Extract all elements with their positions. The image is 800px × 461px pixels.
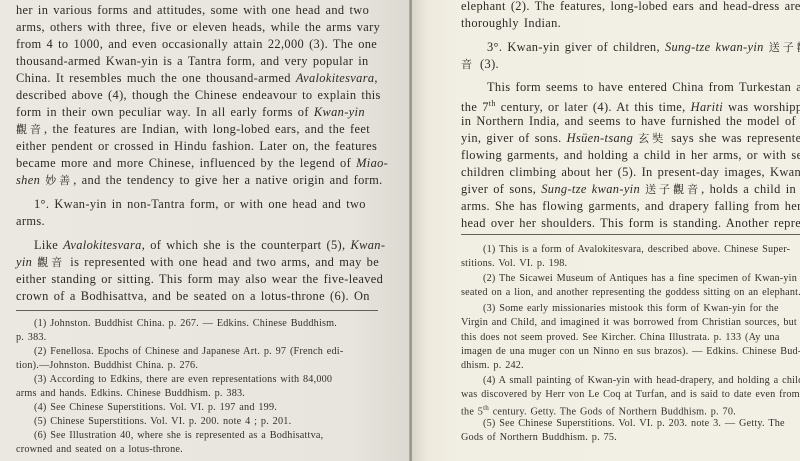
body-line: her in various forms and attitudes, some… [16, 2, 369, 18]
section-heading-cont: 音 (3). [461, 56, 499, 73]
body-line: elephant (2). The features, long-lobed e… [461, 0, 800, 14]
body-text: became more and more Chinese, influenced… [16, 156, 356, 170]
body-text: yin, giver of sons. [461, 131, 567, 145]
cjk-characters: 觀音 [37, 256, 65, 269]
body-text: form in their own peculiar way. In all e… [16, 105, 314, 119]
footnote-line: (4) A small painting of Kwan-yin with he… [483, 374, 800, 387]
body-text: Like [34, 238, 63, 252]
footnote-text: the 5 [461, 406, 483, 417]
body-text: , the features are Indian, with long-lob… [44, 122, 370, 136]
footnote-line: (6) See Illustration 40, where she is re… [34, 429, 323, 442]
body-line: 觀音, the features are Indian, with long-l… [16, 121, 370, 138]
footnote-line: p. 383. [16, 331, 46, 344]
heading-text: 3°. Kwan-yin giver of children, [487, 40, 665, 54]
body-line: form in their own peculiar way. In all e… [16, 104, 365, 120]
body-line: Like Avalokitesvara, of which she is the… [34, 237, 385, 253]
footnote-line: (4) See Chinese Superstitions. Vol. VI. … [34, 401, 277, 414]
footnote-line: the 5th century. Getty. The Gods of Nort… [461, 402, 736, 418]
cjk-characters: 玄奘 [638, 132, 666, 145]
right-page: elephant (2). The features, long-lobed e… [412, 0, 800, 461]
footnote-line: was discovered by Herr von Le Coq at Tur… [461, 388, 800, 401]
body-line: either standing or sitting. This form ma… [16, 271, 383, 287]
italic-term: shen [16, 173, 40, 187]
body-line: crown of a Bodhisattva, and be seated on… [16, 288, 370, 304]
section-heading: 1°. Kwan-yin in non-Tantra form, or with… [34, 196, 366, 212]
footnote-rule [461, 234, 800, 235]
footnote-line: (5) See Chinese Superstitions. Vol. VI. … [483, 417, 785, 430]
cjk-characters: 送子觀音 [645, 183, 701, 196]
superscript: th [489, 99, 496, 108]
footnote-line: this does not seem proved. See Kircher. … [461, 331, 780, 344]
body-line: head over her shoulders. This form is st… [461, 215, 800, 231]
body-line: yin, giver of sons. Hsüen-tsang 玄奘 says … [461, 130, 800, 147]
footnote-line: dhism. p. 242. [461, 359, 524, 372]
cjk-characters: 觀音 [16, 123, 44, 136]
footnote-line: (5) Chinese Superstitions. Vol. VI. p. 2… [34, 415, 291, 428]
cjk-characters: 音 [461, 58, 475, 71]
cjk-characters: 送子觀 [769, 41, 800, 54]
footnote-line: (2) Fenellosa. Epochs of Chinese and Jap… [34, 345, 343, 358]
body-text: , and the tendency to give her a native … [73, 173, 382, 187]
italic-term: Hsüen-tsang [567, 131, 634, 145]
body-line: flowing garments, and holding a child in… [461, 147, 800, 163]
body-text: says she was represented in [666, 131, 800, 145]
footnote-text: century. Getty. The Gods of Northern Bud… [489, 406, 736, 417]
italic-term: Avalokitesvara, [63, 238, 145, 252]
footnote-line: seated on a lion, and another representi… [461, 286, 800, 299]
footnote-line: imagen de una muger con un Ninno en sus … [461, 345, 800, 358]
body-text: , holds a child in her [701, 182, 800, 196]
footnote-line: crowned and seated on a lotus-throne. [16, 443, 183, 456]
body-text: of which she is the counterpart (5), [145, 238, 350, 252]
body-line: shen 妙善, and the tendency to give her a … [16, 172, 383, 189]
italic-term: Sung-tze kwan-yin [665, 40, 764, 54]
body-line: from 4 to 1000, and even occasionally at… [16, 36, 377, 52]
italic-term: Kwan-yin [314, 105, 365, 119]
footnote-line: (1) Johnston. Buddhist China. p. 267. — … [34, 317, 337, 330]
italic-term: Kwan- [351, 238, 386, 252]
body-line: thoroughly Indian. [461, 15, 561, 31]
body-line: giver of sons, Sung-tze kwan-yin 送子觀音, h… [461, 181, 800, 198]
section-heading-cont: arms. [16, 213, 45, 229]
body-text: China. It resembles much the one thousan… [16, 71, 296, 85]
body-text: giver of sons, [461, 182, 541, 196]
footnote-line: (1) This is a form of Avalokitesvara, de… [483, 243, 790, 256]
body-line: thousand-armed Kwan-yin is a Tantra form… [16, 53, 369, 69]
body-line: arms. She has flowing garments, and drap… [461, 198, 800, 214]
footnote-line: stitions. Vol. VI. p. 198. [461, 257, 567, 270]
heading-text: (3). [475, 57, 499, 71]
italic-term: yin [16, 255, 32, 269]
body-line: China. It resembles much the one thousan… [16, 70, 378, 86]
body-line: described above (4), though the Chinese … [16, 87, 381, 103]
footnote-line: (3) Some early missionaries mistook this… [483, 302, 779, 315]
footnote-line: (3) According to Edkins, there are even … [34, 373, 332, 386]
body-text: is represented with one head and two arm… [65, 255, 379, 269]
left-page: her in various forms and attitudes, some… [0, 0, 410, 461]
body-line: became more and more Chinese, influenced… [16, 155, 388, 171]
body-line: either pendent or crossed in Hindu fashi… [16, 138, 377, 154]
footnote-line: (2) The Sicawei Museum of Antiques has a… [483, 272, 797, 285]
footnote-rule [16, 310, 378, 311]
body-line: children climbing about her (5). In pres… [461, 164, 800, 180]
footnote-line: arms and hands. Edkins. Chinese Buddhism… [16, 387, 245, 400]
cjk-characters: 妙善 [45, 174, 73, 187]
italic-term: Sung-tze kwan-yin [541, 182, 640, 196]
italic-term: Avalokitesvara, [296, 71, 378, 85]
body-line: arms, others with three, five or eleven … [16, 19, 380, 35]
section-heading: 3°. Kwan-yin giver of children, Sung-tze… [487, 39, 800, 56]
footnote-line: tion).—Johnston. Buddhist China. p. 276. [16, 359, 198, 372]
italic-term: Miao- [356, 156, 388, 170]
footnote-line: Virgin and Child, and imagined it was bo… [461, 316, 797, 329]
body-line: yin 觀音 is represented with one head and … [16, 254, 379, 271]
body-line: This form seems to have entered China fr… [487, 79, 800, 95]
body-line: in Northern India, and seems to have fur… [461, 113, 800, 129]
footnote-line: Gods of Northern Buddhism. p. 75. [461, 431, 617, 444]
